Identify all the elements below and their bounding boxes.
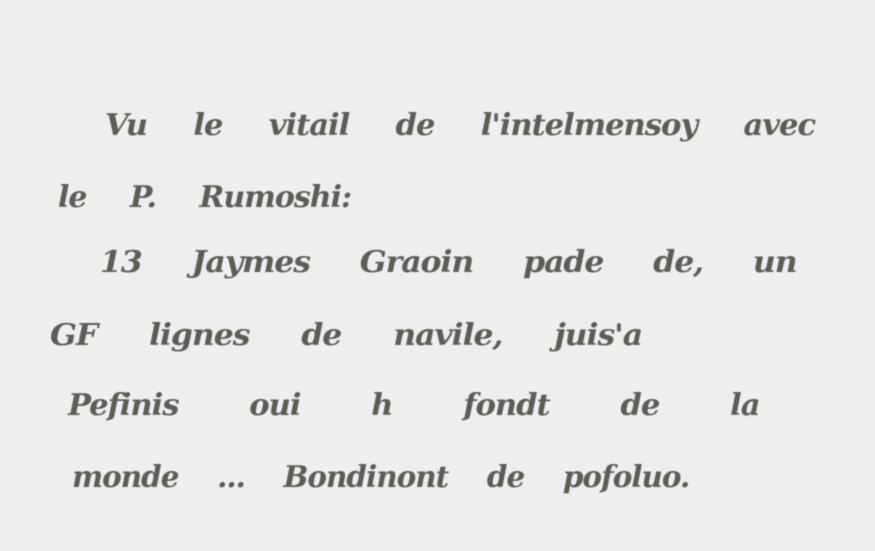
- handwritten-line-2: le P. Rumoshi:: [58, 180, 351, 215]
- handwritten-line-6: monde ... Bondinont de pofoluo.: [72, 460, 689, 495]
- handwritten-line-5: Pefinis oui h fondt de la: [68, 388, 760, 423]
- manuscript-page: Vu le vitail de l'intelmensoy avec le P.…: [0, 0, 875, 551]
- handwritten-line-4: GF lignes de navile, juis'a: [50, 318, 642, 353]
- handwritten-line-1: Vu le vitail de l'intelmensoy avec: [105, 108, 815, 143]
- handwritten-line-3: 13 Jaymes Graoin pade de, un: [100, 245, 797, 280]
